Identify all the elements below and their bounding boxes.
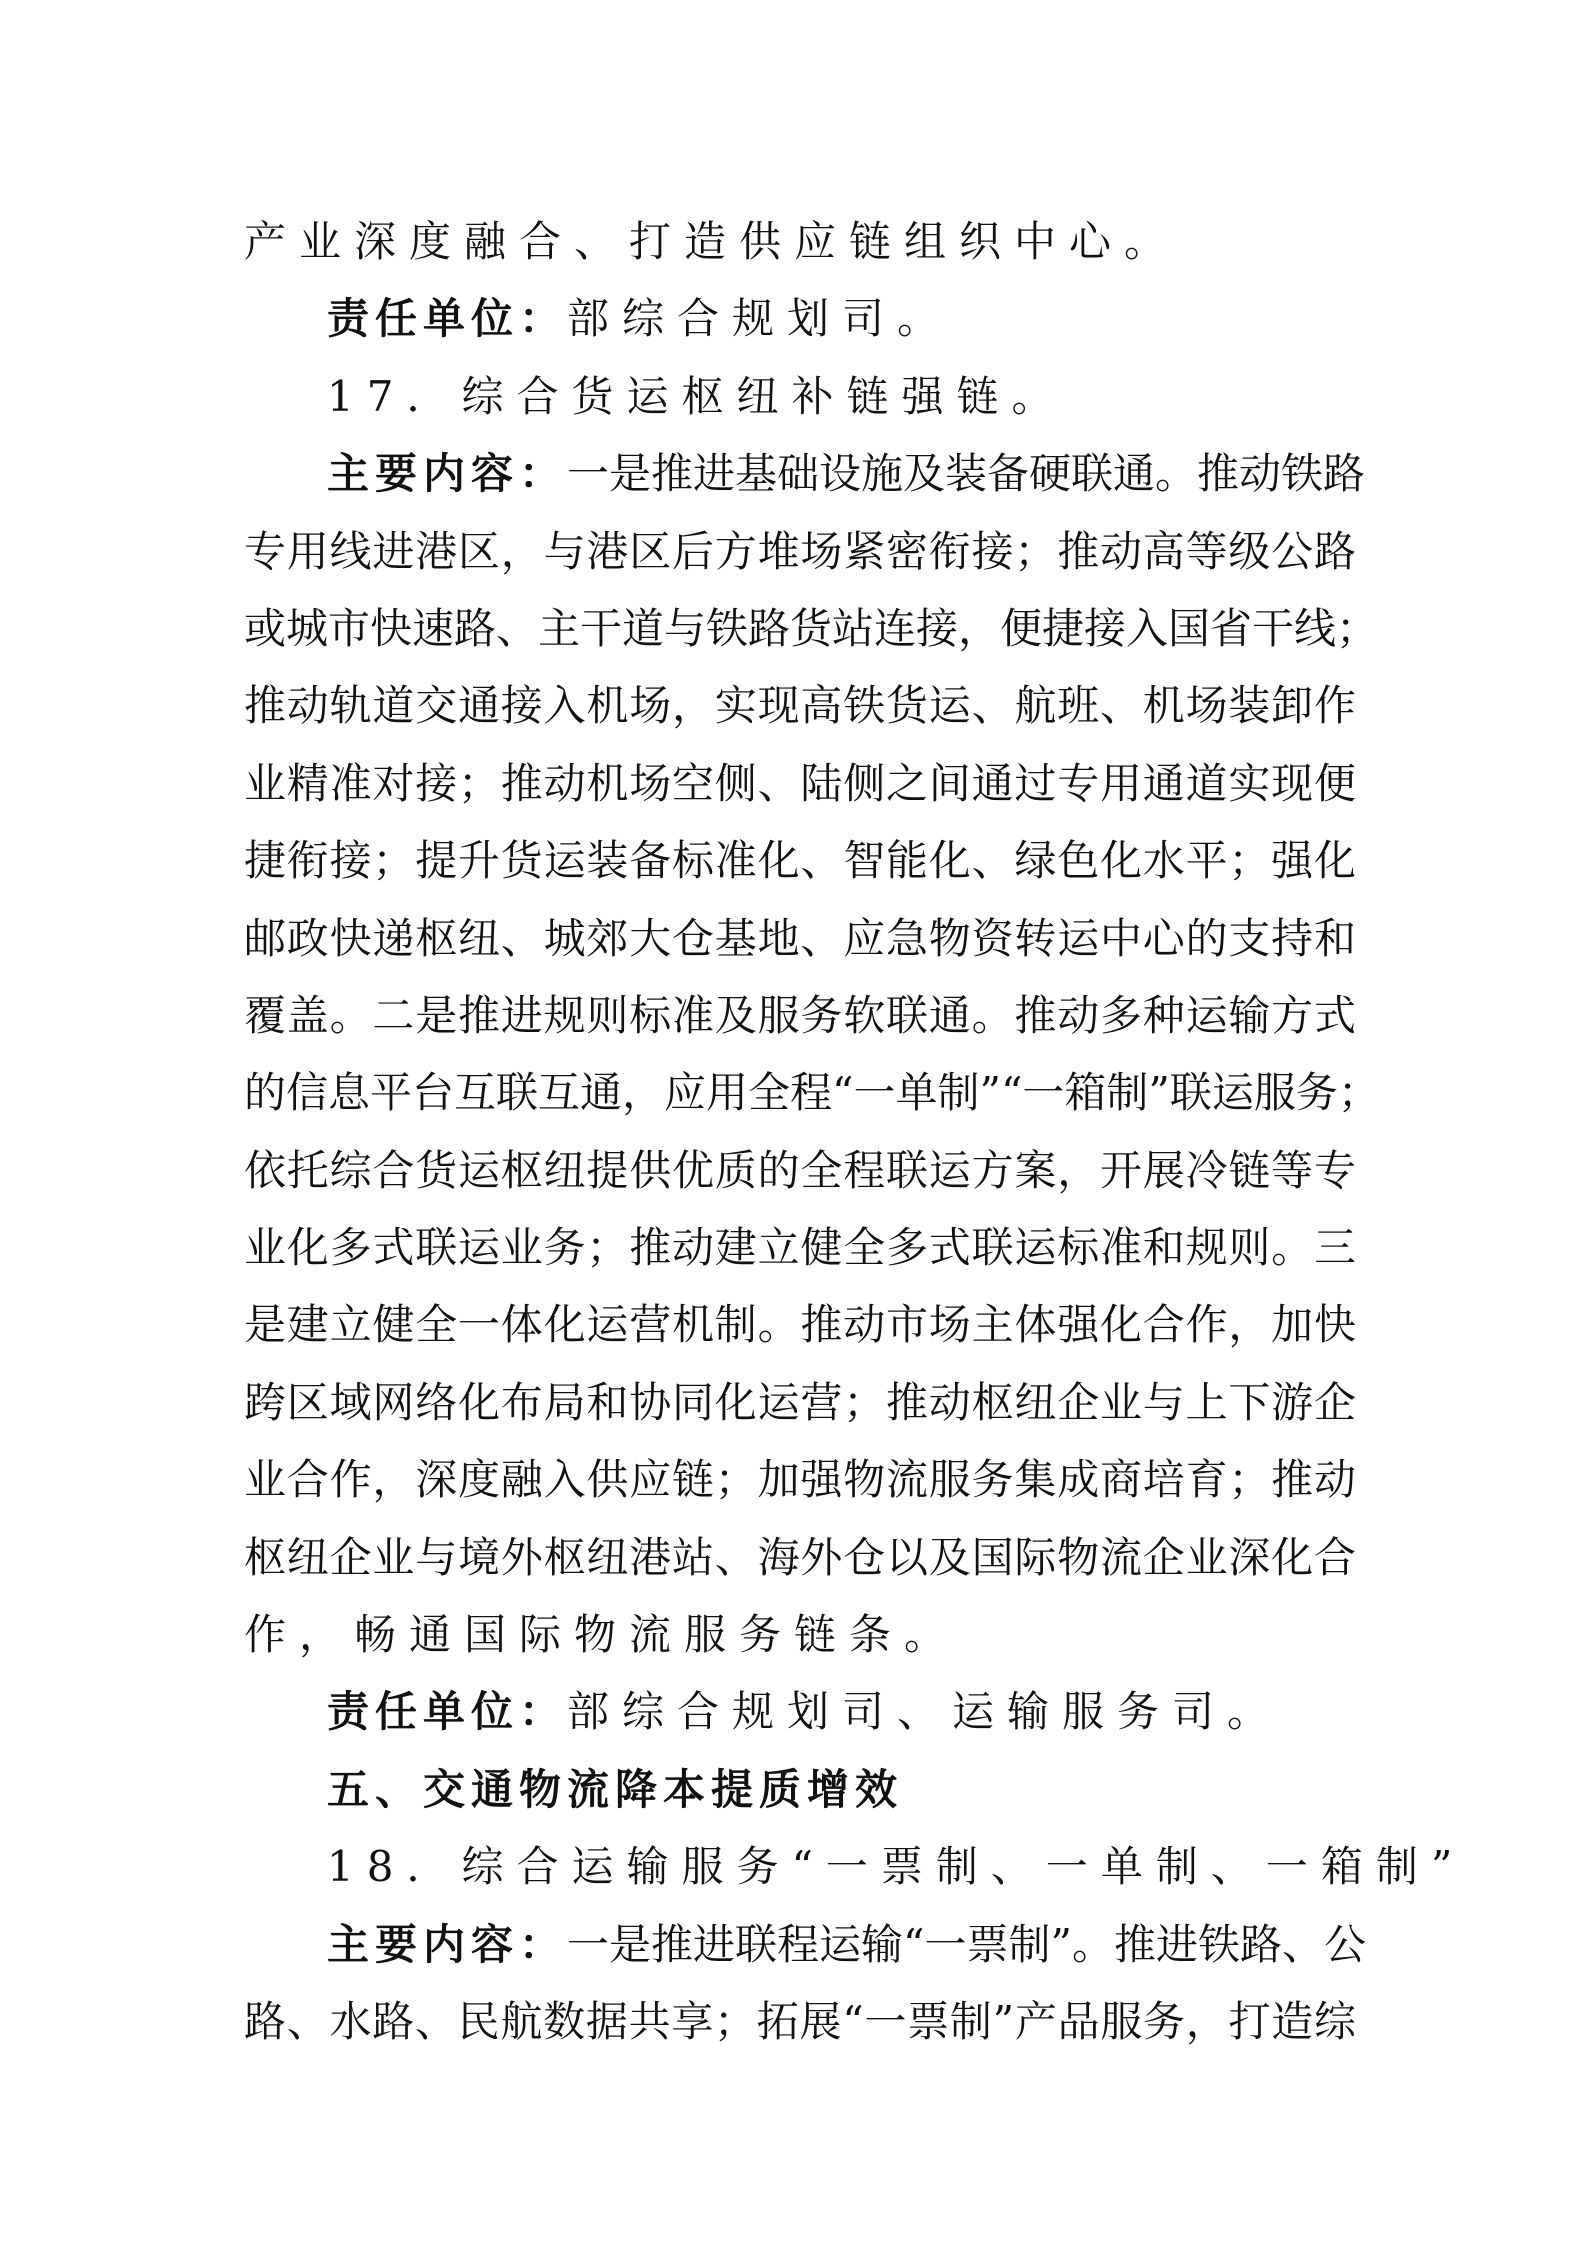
responsible-unit-line: 责任单位：部综合规划司。 [244,280,1356,357]
paragraph-line: 作，畅通国际物流服务链条。 [244,1596,1356,1673]
main-content-text: 一是推进联程运输“一票制”。推进铁路、公 [567,1920,1366,1969]
paragraph-line: 捷衔接；提升货运装备标准化、智能化、绿色化水平；强化 [244,822,1356,899]
document-page: 产业深度融合、打造供应链组织中心。 责任单位：部综合规划司。 17．综合货运枢纽… [0,0,1587,2245]
responsible-unit-value: 部综合规划司。 [567,294,952,343]
paragraph-line: 或城市快速路、主干道与铁路货站连接，便捷接入国省干线； [244,590,1356,667]
paragraph-line: 业精准对接；推动机场空侧、陆侧之间通过专用通道实现便 [244,745,1356,822]
main-content-label: 主要内容： [327,1920,567,1969]
paragraph-line: 邮政快递枢纽、城郊大仓基地、应急物资转运中心的支持和 [244,900,1356,977]
section-heading: 五、交通物流降本提质增效 [244,1751,1356,1828]
paragraph-line: 跨区域网络化布局和协同化运营；推动枢纽企业与上下游企 [244,1364,1356,1441]
main-content-text: 一是推进基础设施及装备硬联通。推动铁路 [567,449,1365,498]
main-content-label: 主要内容： [327,449,567,498]
main-content-line: 主要内容：一是推进联程运输“一票制”。推进铁路、公 [244,1906,1356,1983]
responsible-unit-label: 责任单位： [327,1687,567,1736]
paragraph-line: 业化多式联运业务；推动建立健全多式联运标准和规则。三 [244,1209,1356,1286]
responsible-unit-line: 责任单位：部综合规划司、运输服务司。 [244,1673,1356,1750]
paragraph-line: 路、水路、民航数据共享；拓展“一票制”产品服务，打造综 [244,1983,1356,2060]
paragraph-line: 的信息平台互联互通，应用全程“一单制”“一箱制”联运服务； [244,1054,1356,1131]
paragraph-line: 枢纽企业与境外枢纽港站、海外仓以及国际物流企业深化合 [244,1519,1356,1596]
paragraph-line: 是建立健全一体化运营机制。推动市场主体强化合作，加快 [244,1286,1356,1363]
item-title-17: 17．综合货运枢纽补链强链。 [244,358,1356,435]
paragraph-line: 覆盖。二是推进规则标准及服务软联通。推动多种运输方式 [244,977,1356,1054]
responsible-unit-value: 部综合规划司、运输服务司。 [567,1687,1282,1736]
item-title-18: 18．综合运输服务“一票制、一单制、一箱制” [244,1828,1356,1905]
paragraph-line: 依托综合货运枢纽提供优质的全程联运方案，开展冷链等专 [244,1132,1356,1209]
paragraph-line: 专用线进港区，与港区后方堆场紧密衔接；推动高等级公路 [244,513,1356,590]
main-content-line: 主要内容：一是推进基础设施及装备硬联通。推动铁路 [244,435,1356,512]
paragraph-line: 产业深度融合、打造供应链组织中心。 [244,203,1356,280]
paragraph-line: 业合作，深度融入供应链；加强物流服务集成商培育；推动 [244,1441,1356,1518]
document-body: 产业深度融合、打造供应链组织中心。 责任单位：部综合规划司。 17．综合货运枢纽… [244,203,1356,2060]
responsible-unit-label: 责任单位： [327,294,567,343]
paragraph-line: 推动轨道交通接入机场，实现高铁货运、航班、机场装卸作 [244,667,1356,744]
